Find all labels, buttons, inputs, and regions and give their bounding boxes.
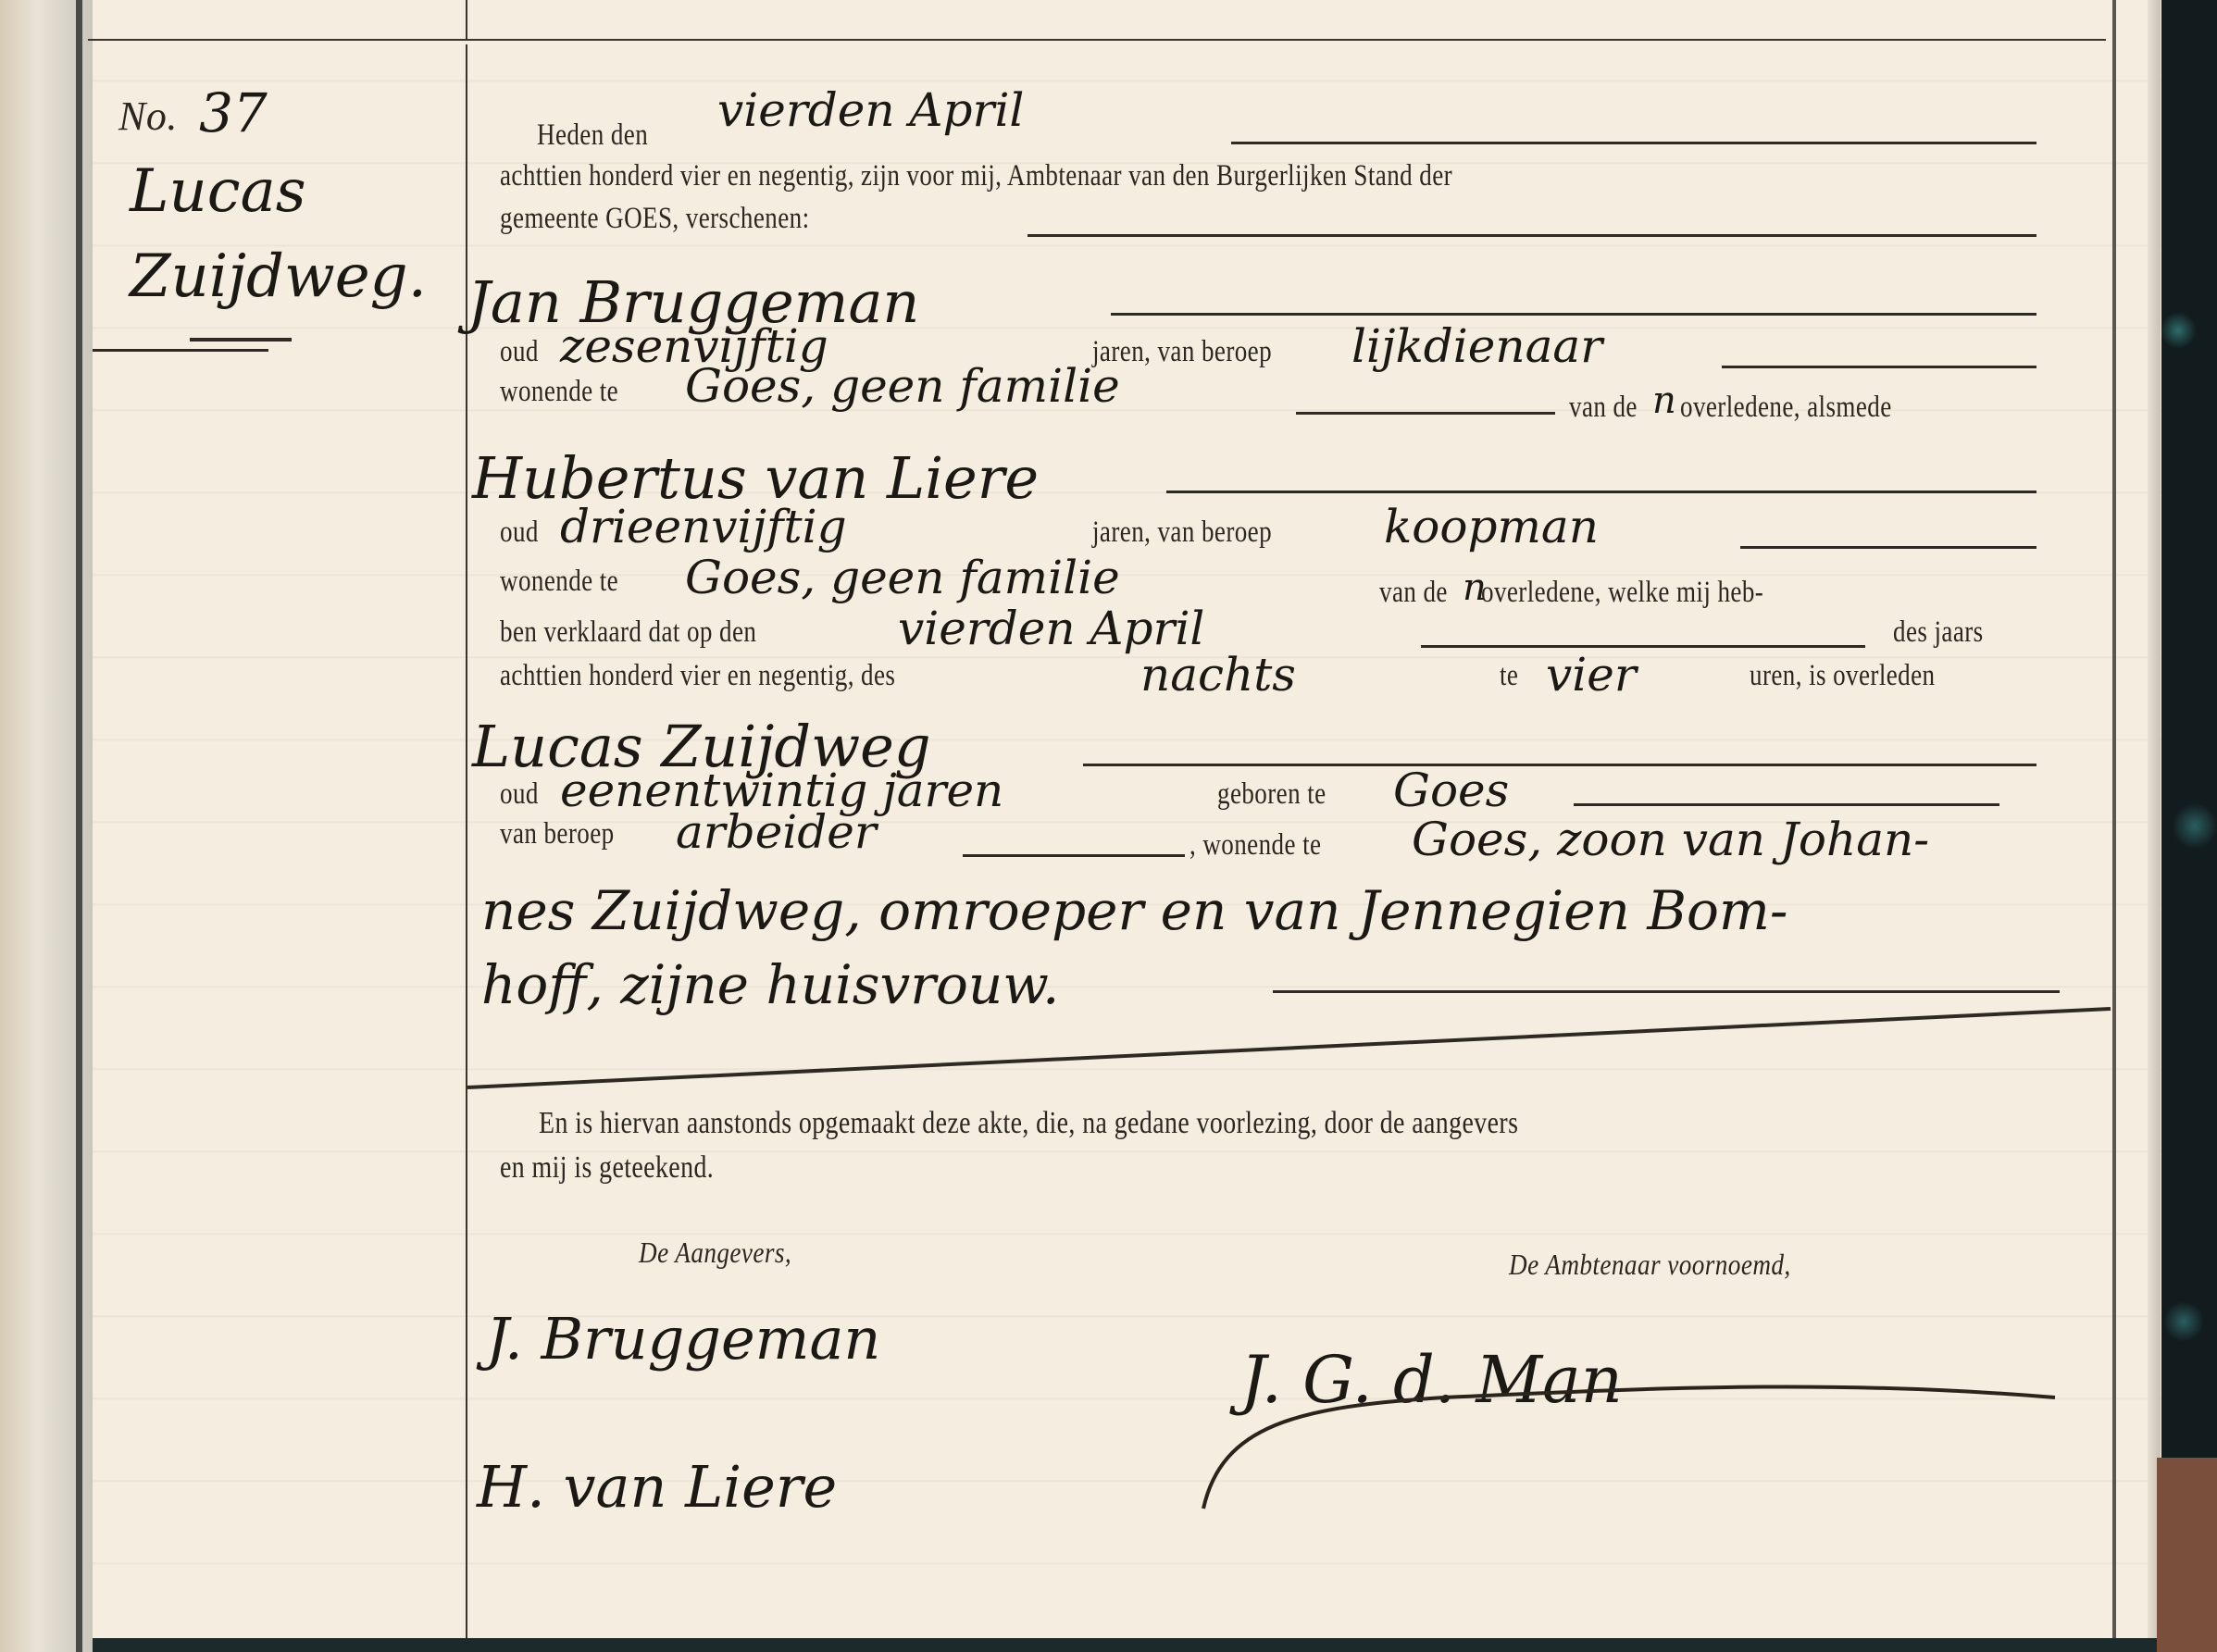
hand-residence1: Goes, geen familie (685, 359, 1120, 413)
fill-rule (1296, 412, 1555, 415)
hand-residence2: Goes, geen familie (685, 551, 1120, 604)
text-heden-den: Heden den (537, 118, 648, 153)
fill-rule (1574, 803, 1999, 806)
text-van-den: van de (1569, 391, 1638, 425)
entry-number: 37 (199, 81, 268, 144)
hand-date: vierden April (717, 83, 1024, 137)
text-oud: oud (500, 777, 539, 812)
margin-deceased-first: Lucas (130, 157, 306, 226)
binding-rule (76, 0, 82, 1652)
text-des-jaars: des jaars (1893, 615, 1984, 650)
text-year-des: achttien honderd vier en negentig, des (500, 659, 895, 693)
text-uren-overleden: uren, is overleden (1750, 659, 1935, 693)
hand-hour: vier (1546, 648, 1637, 702)
text-van-den: van de (1379, 576, 1448, 610)
text-oud: oud (500, 335, 539, 369)
text-wonende-te: wonende te (500, 565, 618, 599)
text-overledene-alsmede: overledene, alsmede (1680, 391, 1892, 425)
hand-occupation1: lijkdienaar (1351, 319, 1602, 373)
signature-informant1: J. Bruggeman (486, 1305, 880, 1373)
text-closing-line2: en mij is geteekend. (500, 1150, 714, 1186)
fill-rule (1421, 645, 1865, 648)
heading-official: De Ambtenaar voornoemd, (1509, 1248, 1791, 1282)
text-jaren-beroep: jaren, van beroep (1092, 515, 1272, 550)
signature-flourish (1185, 1370, 2074, 1518)
closing-diagonal-stroke (463, 990, 2120, 1092)
fill-rule (1111, 313, 2036, 316)
text-wonende-te: , wonende te (1189, 828, 1321, 863)
top-column-divider (466, 0, 467, 39)
right-frame-rule (2112, 0, 2116, 1638)
hand-parents-line1: nes Zuijdweg, omroeper en van Jennegien … (481, 879, 1787, 942)
text-oud: oud (500, 515, 539, 550)
text-te: te (1500, 659, 1518, 693)
hand-residence3: Goes, zoon van Johan- (1412, 813, 1929, 866)
margin-rule (93, 349, 268, 352)
fill-rule (1231, 142, 2036, 144)
fill-rule (1722, 366, 2036, 368)
fill-rule (963, 854, 1185, 857)
page-edge (2148, 0, 2161, 1638)
text-overledene-welke: overledene, welke mij heb- (1481, 576, 1763, 610)
hand-birthplace: Goes (1393, 764, 1509, 817)
text-gemeente: gemeente GOES, verschenen: (500, 202, 810, 236)
hand-occupation3: arbeider (676, 805, 877, 859)
hand-age2: drieenvijftig (560, 500, 847, 553)
text-geboren-te: geboren te (1217, 777, 1326, 812)
text-wonende-te: wonende te (500, 375, 618, 409)
text-verklaard: ben verklaard dat op den (500, 615, 756, 650)
signature-informant2: H. van Liere (477, 1453, 837, 1521)
text-van-beroep: van beroep (500, 817, 615, 851)
text-year-intro: achttien honderd vier en negentig, zijn … (500, 159, 1452, 193)
fill-rule (1166, 491, 2036, 493)
top-rule (88, 39, 2106, 41)
fill-rule (1028, 234, 2036, 237)
leather-corner (2157, 1458, 2217, 1652)
fill-rule (1083, 764, 2036, 766)
hand-time-of-day: nachts (1140, 648, 1296, 702)
margin-underline (190, 338, 292, 342)
entry-number-label: No. (118, 93, 178, 140)
heading-informants: De Aangevers, (639, 1236, 791, 1270)
marbled-book-cover (2161, 0, 2217, 1652)
text-closing-line1: En is hiervan aanstonds opgemaakt deze a… (539, 1106, 1518, 1141)
margin-deceased-last: Zuijdweg. (130, 242, 427, 311)
fill-rule (1740, 546, 2036, 549)
hand-n: n (1652, 379, 1676, 422)
hand-occupation2: koopman (1384, 500, 1599, 553)
